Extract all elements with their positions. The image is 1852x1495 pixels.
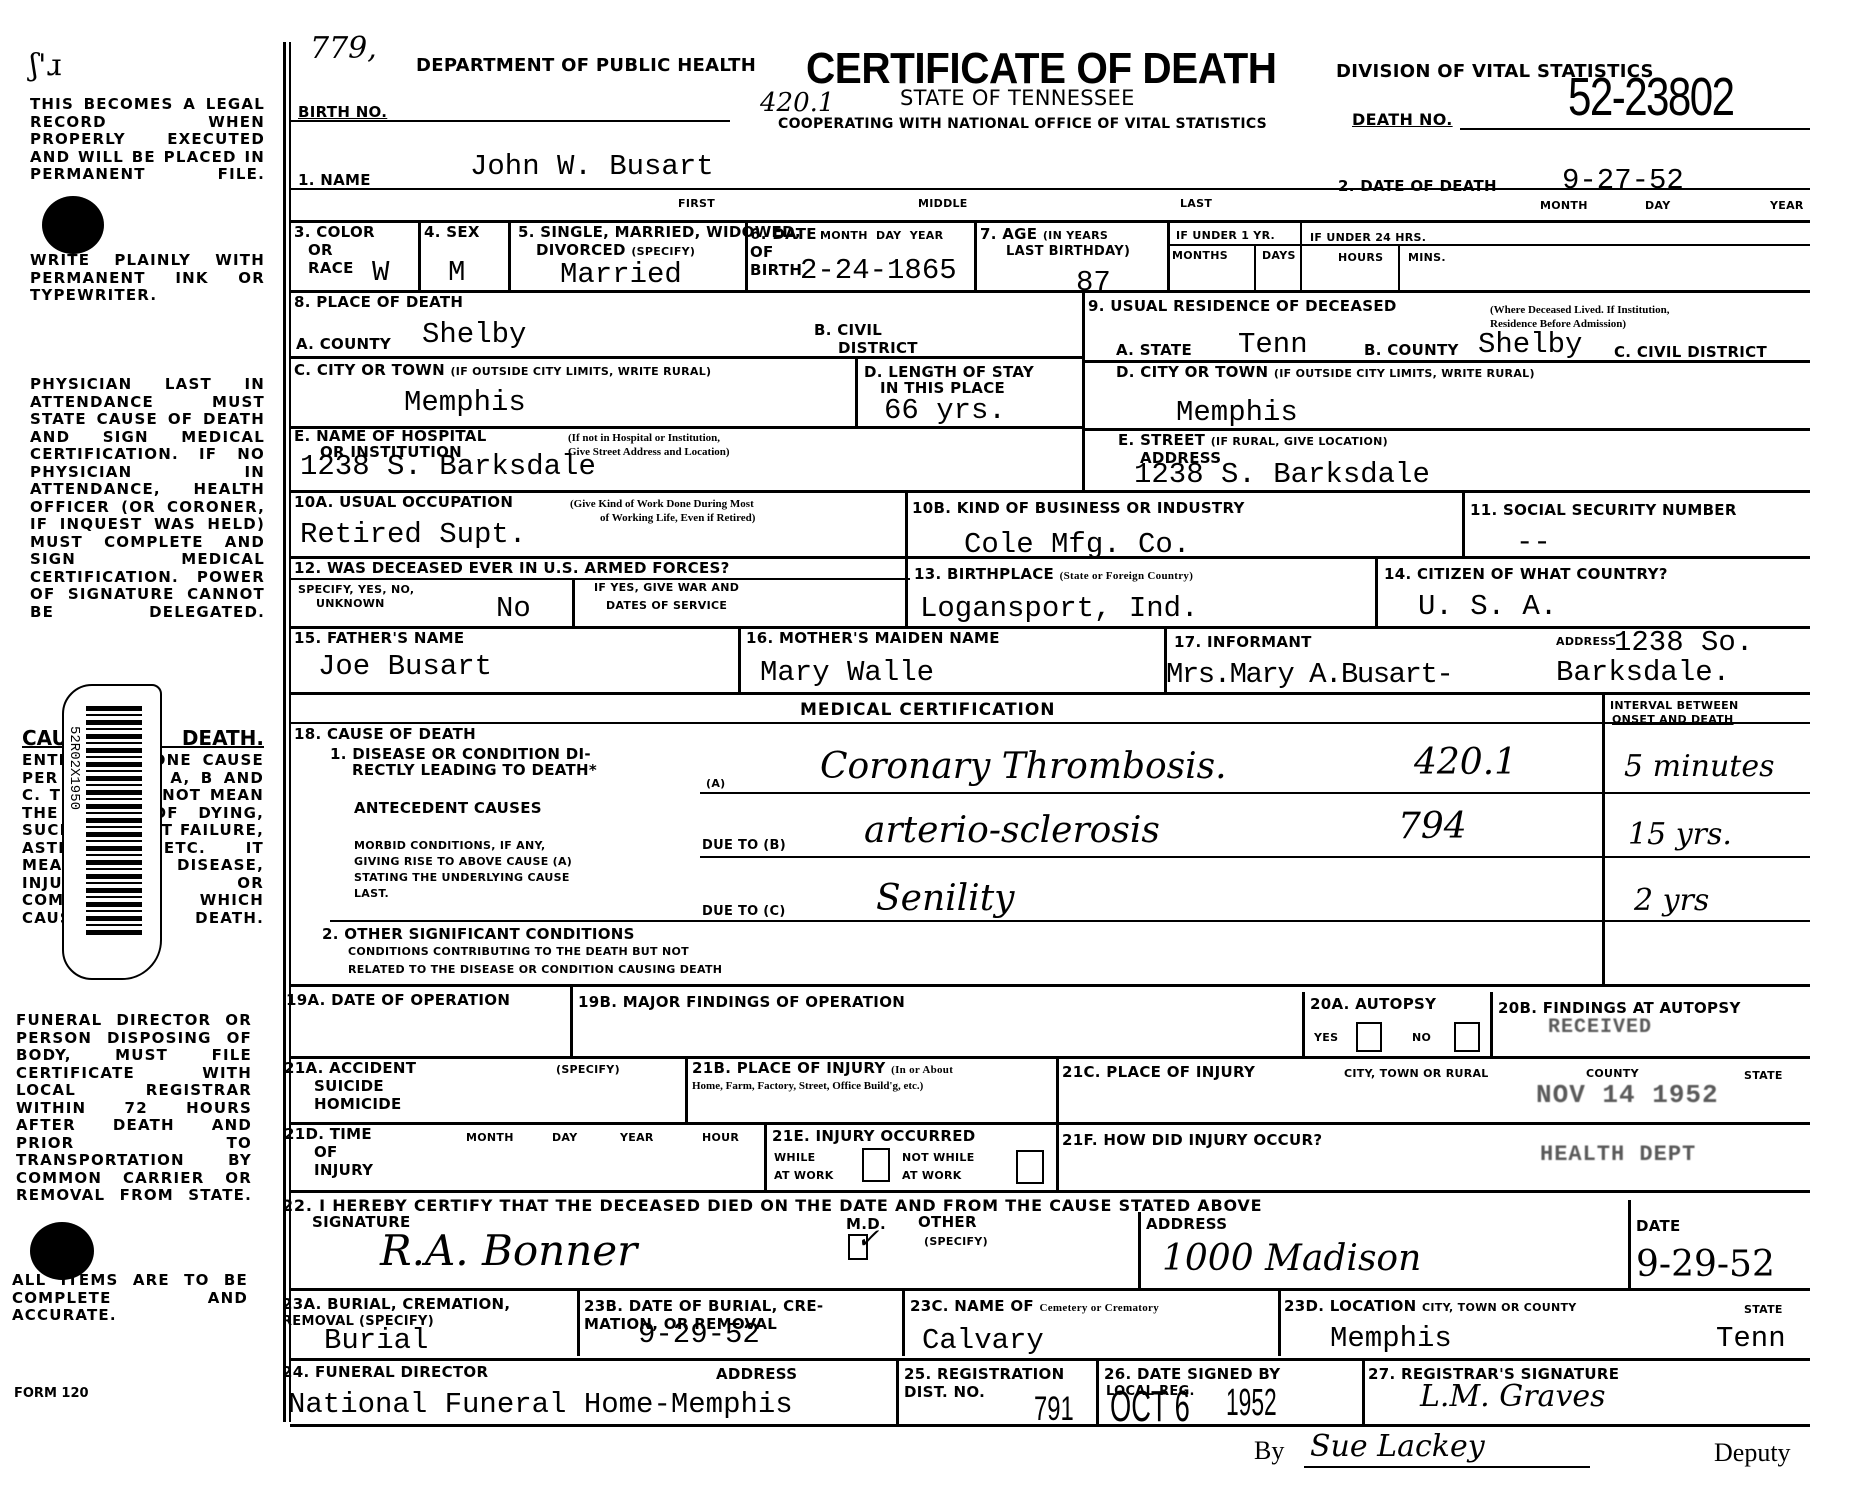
disposition-value: Burial: [324, 1326, 428, 1356]
dob-label-2: OF: [750, 244, 774, 260]
cause-b: arterio-sclerosis: [864, 812, 1160, 850]
war-label-1: IF YES, GIVE WAR AND: [594, 582, 739, 594]
funeral-address-label: ADDRESS: [716, 1366, 797, 1382]
burial-date: 9-29-52: [638, 1320, 760, 1350]
birthplace-label-text: 13. BIRTHPLACE: [914, 565, 1054, 583]
sex-value: M: [448, 258, 465, 288]
certify-statement: 22. I HEREBY CERTIFY THAT THE DECEASED D…: [282, 1198, 1262, 1214]
not-while-at-work-2: AT WORK: [902, 1170, 962, 1182]
residence-city-label: D. CITY OR TOWN (IF OUTSIDE CITY LIMITS,…: [1116, 364, 1535, 380]
not-while-at-work-checkbox[interactable]: [1016, 1150, 1044, 1184]
legal-record-notice: THIS BECOMES A LEGAL RECORD WHEN PROPERL…: [30, 96, 265, 184]
divider: [855, 356, 858, 426]
mins-label: MINS.: [1408, 252, 1446, 264]
injury-location-label: 21C. PLACE OF INJURY: [1062, 1064, 1255, 1080]
form-left-border-inner: [289, 42, 291, 1422]
form-number: FORM 120: [14, 1386, 89, 1401]
autopsy-yes-label: YES: [1314, 1032, 1338, 1044]
hospital-note-1: (If not in Hospital or Institution,: [568, 432, 720, 444]
birthplace-label: 13. BIRTHPLACE (State or Foreign Country…: [914, 566, 1193, 582]
row-15-top: [290, 626, 1810, 629]
injury-time-label-2: OF: [314, 1144, 338, 1160]
death-number: 52-23802: [1568, 66, 1734, 128]
cause-a: Coronary Thrombosis.: [820, 748, 1227, 786]
registration-label-1: 25. REGISTRATION: [904, 1366, 1064, 1382]
date-signed-year: 1952: [1226, 1382, 1277, 1425]
divider: [570, 984, 573, 1056]
place-of-injury-note-2: Home, Farm, Factory, Street, Office Buil…: [692, 1080, 923, 1092]
funeral-director: National Funeral Home-Memphis: [288, 1390, 793, 1420]
divider: [1082, 290, 1085, 490]
place-of-injury-label: 21B. PLACE OF INJURY (In or About: [692, 1060, 953, 1076]
while-at-work-checkbox[interactable]: [862, 1148, 890, 1182]
birthplace-note: (State or Foreign Country): [1060, 570, 1194, 582]
father-label: 15. FATHER'S NAME: [294, 630, 464, 646]
death-county-label: A. COUNTY: [296, 336, 391, 352]
divider: [902, 1288, 905, 1356]
place-of-injury-note-1: (In or About: [891, 1064, 953, 1076]
funeral-director-label: 24. FUNERAL DIRECTOR: [282, 1364, 488, 1380]
row-24-bottom: [290, 1424, 1810, 1427]
row-23-top: [290, 1288, 1810, 1291]
write-plainly-notice: WRITE PLAINLY WITH PERMANENT INK OR TYPE…: [30, 252, 265, 305]
divider: [290, 722, 1810, 724]
barcode-sticker: 52R02X1950: [62, 684, 162, 980]
marital-divorced: DIVORCED: [536, 241, 626, 259]
informant-name: Mrs.Mary A.Busart-: [1166, 660, 1452, 690]
other-conditions-label: 2. OTHER SIGNIFICANT CONDITIONS: [322, 926, 635, 942]
marital-specify: (SPECIFY): [631, 245, 695, 258]
business-label: 10B. KIND OF BUSINESS OR INDUSTRY: [912, 500, 1245, 516]
divider: [572, 578, 575, 626]
divider: [1398, 244, 1400, 290]
deputy-signature-line: [1304, 1466, 1590, 1468]
residence-city-note: (IF OUTSIDE CITY LIMITS, WRITE RURAL): [1274, 367, 1535, 380]
dob-label-1: 6. DATE: [750, 226, 817, 242]
residence-county: Shelby: [1478, 330, 1582, 360]
divider: [508, 220, 511, 290]
morbid-label-1: MORBID CONDITIONS, IF ANY,: [354, 840, 545, 852]
dod-sub-month: MONTH: [1540, 200, 1588, 212]
armed-specify-2: UNKNOWN: [316, 598, 385, 610]
injury-time-label-3: INJURY: [314, 1162, 373, 1178]
place-of-death-label: 8. PLACE OF DEATH: [294, 294, 463, 310]
cause-line-1b: RECTLY LEADING TO DEATH*: [352, 762, 597, 778]
injury-day-label: DAY: [552, 1132, 577, 1144]
age-label-1: 7. AGE (IN YEARS: [980, 226, 1108, 242]
accident-label-2: SUICIDE: [314, 1078, 384, 1094]
interval-label-2: ONSET AND DEATH: [1612, 714, 1734, 726]
department-label: DEPARTMENT OF PUBLIC HEALTH: [416, 58, 756, 74]
cemetery-label: 23C. NAME OF Cemetery or Crematory: [910, 1298, 1159, 1314]
registration-label-2: DIST. NO.: [904, 1384, 985, 1400]
injury-county-label: COUNTY: [1586, 1068, 1639, 1080]
hospital-label-1: E. NAME OF HOSPITAL: [294, 428, 487, 444]
top-mark: ʃ'ɹ: [30, 48, 61, 83]
physician-address: 1000 Madison: [1162, 1240, 1421, 1278]
occupation-note-2: of Working Life, Even if Retired): [600, 512, 755, 524]
cause-c-interval: 2 yrs: [1634, 882, 1709, 920]
color-label-2: OR: [308, 242, 333, 258]
date-of-death-label: 2. DATE OF DEATH: [1338, 178, 1497, 194]
name-sub-last: LAST: [1180, 198, 1212, 210]
health-dept-stamp: HEALTH DEPT: [1540, 1142, 1696, 1167]
cause-c-tag: DUE TO (C): [702, 906, 786, 918]
cemetery-label-text: 23C. NAME OF: [910, 1297, 1034, 1315]
cause-of-death-label: 18. CAUSE OF DEATH: [294, 726, 476, 742]
autopsy-no-checkbox[interactable]: [1454, 1022, 1480, 1052]
received-stamp: RECEIVED: [1548, 1016, 1652, 1039]
operation-date-label: 19A. DATE OF OPERATION: [286, 992, 510, 1008]
divider: [1096, 1358, 1099, 1424]
occupation-label: 10A. USUAL OCCUPATION: [294, 494, 513, 510]
morbid-label-4: LAST.: [354, 888, 389, 900]
ssn-value: --: [1516, 528, 1551, 558]
citizenship-label: 14. CITIZEN OF WHAT COUNTRY?: [1384, 566, 1668, 582]
certify-date-label: DATE: [1636, 1218, 1681, 1234]
divider: [1278, 1288, 1281, 1356]
physician-signature: R.A. Bonner: [380, 1232, 637, 1270]
name-sub-first: FIRST: [678, 198, 715, 210]
birthplace-value: Logansport, Ind.: [920, 594, 1198, 624]
residence-state: Tenn: [1238, 330, 1308, 360]
row-19-top: [290, 984, 1810, 987]
funeral-director-notice: FUNERAL DIRECTOR OR PERSON DISPOSING OF …: [16, 1012, 252, 1205]
residence-city: Memphis: [1176, 398, 1298, 428]
residence-label: 9. USUAL RESIDENCE OF DECEASED: [1088, 298, 1397, 314]
marital-label-2: DIVORCED (SPECIFY): [536, 242, 695, 258]
injury-hour-label: HOUR: [702, 1132, 739, 1144]
length-of-stay-label-1: D. LENGTH OF STAY: [864, 364, 1034, 380]
divider: [1375, 556, 1378, 626]
punch-hole-icon: [42, 196, 104, 254]
disposition-label-1: 23A. BURIAL, CREMATION,: [282, 1296, 510, 1312]
divider: [764, 1122, 767, 1190]
hours-label: HOURS: [1338, 252, 1383, 264]
autopsy-findings-label: 20B. FINDINGS AT AUTOPSY: [1498, 1000, 1741, 1016]
row-21a-top: [290, 1056, 1810, 1059]
divider: [290, 578, 910, 580]
antecedent-label: ANTECEDENT CAUSES: [354, 800, 542, 816]
cause-a-line: [700, 792, 1810, 794]
accident-label-1: 21A. ACCIDENT: [284, 1060, 416, 1076]
date-received-stamp: NOV 14 1952: [1536, 1080, 1719, 1110]
interval-label-1: INTERVAL BETWEEN: [1610, 700, 1738, 712]
not-while-at-work-1: NOT WHILE: [902, 1152, 975, 1164]
row-22-top: [290, 1190, 1810, 1193]
date-of-death: 9-27-52: [1562, 166, 1684, 196]
divider: [974, 220, 977, 290]
medical-certification-heading: MEDICAL CERTIFICATION: [800, 702, 1056, 718]
length-of-stay: 66 yrs.: [884, 396, 1006, 426]
divider: [1628, 1200, 1631, 1288]
residence-county-label: B. COUNTY: [1364, 342, 1459, 358]
place-of-injury-label-text: 21B. PLACE OF INJURY: [692, 1059, 886, 1077]
mother-label: 16. MOTHER'S MAIDEN NAME: [746, 630, 1000, 646]
complete-accurate-notice: ALL ITEMS ARE TO BE COMPLETE AND ACCURAT…: [12, 1272, 248, 1325]
registrar-signature: L.M. Graves: [1420, 1378, 1606, 1416]
barcode-number: 52R02X1950: [62, 726, 82, 810]
residence-street-label-text: E. STREET: [1118, 431, 1205, 449]
while-at-work-1: WHILE: [774, 1152, 815, 1164]
age-note: (IN YEARS: [1043, 229, 1108, 242]
deceased-name: John W. Busart: [470, 152, 714, 182]
armed-forces-label: 12. WAS DECEASED EVER IN U.S. ARMED FORC…: [294, 560, 730, 576]
days-label: DAYS: [1262, 250, 1296, 262]
injury-month-label: MONTH: [466, 1132, 514, 1144]
injury-time-label-1: 21D. TIME: [284, 1126, 372, 1142]
armed-forces-value: No: [496, 594, 531, 624]
cause-c-line: [330, 920, 1810, 922]
burial-location: Memphis: [1330, 1324, 1452, 1354]
informant-address-label: ADDRESS: [1556, 636, 1616, 648]
divider: [685, 1056, 688, 1122]
divider: [1462, 490, 1465, 556]
residence-state-label: A. STATE: [1116, 342, 1192, 358]
cooperating-label: COOPERATING WITH NATIONAL OFFICE OF VITA…: [778, 116, 1267, 132]
death-city: Memphis: [404, 388, 526, 418]
civil-district-label-1: B. CIVIL: [814, 322, 882, 338]
divider: [905, 556, 908, 626]
occupation-value: Retired Supt.: [300, 520, 526, 550]
civil-district-label-2: DISTRICT: [838, 340, 918, 356]
mother-name: Mary Walle: [760, 658, 934, 688]
color-label-3: RACE: [308, 260, 354, 276]
divider: [577, 1288, 580, 1356]
citizenship-value: U. S. A.: [1418, 592, 1557, 622]
cemetery-value: Calvary: [922, 1326, 1044, 1356]
other-conditions-note-1: CONDITIONS CONTRIBUTING TO THE DEATH BUT…: [348, 946, 689, 958]
burial-location-note: CITY, TOWN OR COUNTY: [1422, 1301, 1577, 1314]
cause-c: Senility: [876, 880, 1015, 918]
marital-status: Married: [560, 260, 682, 290]
divider: [1254, 244, 1256, 290]
armed-specify-1: SPECIFY, YES, NO,: [298, 584, 414, 596]
birth-no-label: BIRTH NO.: [298, 104, 387, 120]
barcode-icon: [86, 706, 142, 936]
certify-date: 9-29-52: [1636, 1246, 1775, 1284]
row-21d-top: [290, 1122, 1810, 1125]
death-city-label-text: C. CITY OR TOWN: [294, 361, 445, 379]
occupation-note-1: (Give Kind of Work Done During Most: [570, 498, 754, 510]
divider: [896, 1358, 899, 1424]
physician-address-label: ADDRESS: [1146, 1216, 1227, 1232]
color-label-1: 3. COLOR: [294, 224, 375, 240]
cause-b-line: [700, 856, 1810, 858]
residence-street-note: (IF RURAL, GIVE LOCATION): [1211, 435, 1388, 448]
deputy-label: Deputy: [1714, 1438, 1791, 1468]
physician-notice: PHYSICIAN LAST IN ATTENDANCE MUST STATE …: [30, 376, 265, 621]
death-county: Shelby: [422, 320, 526, 350]
row-24-top: [290, 1358, 1810, 1361]
ssn-label: 11. SOCIAL SECURITY NUMBER: [1470, 502, 1737, 518]
other-label: OTHER: [918, 1214, 977, 1230]
date-signed-label-1: 26. DATE SIGNED BY: [1104, 1366, 1280, 1382]
other-specify: (SPECIFY): [924, 1236, 988, 1248]
dob-cols: MONTH DAY YEAR: [820, 230, 943, 242]
md-checkmark: ✓: [856, 1220, 879, 1258]
autopsy-yes-checkbox[interactable]: [1356, 1022, 1382, 1052]
divider: [905, 490, 908, 556]
deputy-by-label: By: [1254, 1436, 1284, 1466]
divider: [1138, 1212, 1141, 1288]
divider: [290, 356, 1082, 359]
row-8-top: [290, 290, 1810, 293]
autopsy-no-label: NO: [1412, 1032, 1431, 1044]
while-at-work-2: AT WORK: [774, 1170, 834, 1182]
informant-address-2: Barksdale.: [1556, 658, 1730, 688]
age-label-2: LAST BIRTHDAY): [1006, 244, 1130, 260]
under-1yr-label: IF UNDER 1 YR.: [1176, 230, 1275, 242]
residence-street-label: E. STREET (IF RURAL, GIVE LOCATION): [1118, 432, 1388, 448]
residence-street: 1238 S. Barksdale: [1134, 460, 1430, 490]
morbid-label-2: GIVING RISE TO ABOVE CAUSE (A): [354, 856, 572, 868]
age-label: 7. AGE: [980, 225, 1037, 243]
divider: [738, 626, 741, 692]
burial-date-label-1: 23B. DATE OF BURIAL, CRE-: [584, 1298, 823, 1314]
cause-a-interval: 5 minutes: [1624, 748, 1775, 786]
divider: [418, 220, 421, 290]
dob-label-3: BIRTH: [750, 262, 802, 278]
under-24hrs-label: IF UNDER 24 HRS.: [1310, 232, 1426, 244]
divider: [1602, 692, 1605, 984]
death-city-note: (IF OUTSIDE CITY LIMITS, WRITE RURAL): [450, 365, 711, 378]
death-city-label: C. CITY OR TOWN (IF OUTSIDE CITY LIMITS,…: [294, 362, 711, 378]
morbid-label-3: STATING THE UNDERLYING CAUSE: [354, 872, 570, 884]
residence-note-1: (Where Deceased Lived. If Institution,: [1490, 304, 1669, 316]
informant-label: 17. INFORMANT: [1174, 634, 1312, 650]
residence-city-label-text: D. CITY OR TOWN: [1116, 363, 1268, 381]
birth-no-handwritten: 779,: [310, 30, 377, 68]
other-conditions-note-2: RELATED TO THE DISEASE OR CONDITION CAUS…: [348, 964, 722, 976]
residence-civil-label: C. CIVIL DISTRICT: [1614, 344, 1767, 360]
informant-address-1: 1238 So.: [1614, 628, 1753, 658]
autopsy-label: 20A. AUTOPSY: [1310, 996, 1436, 1012]
cause-a-code: 420.1: [1414, 744, 1517, 782]
cemetery-note: Cemetery or Crematory: [1040, 1302, 1160, 1314]
operation-findings-label: 19B. MAJOR FINDINGS OF OPERATION: [578, 994, 905, 1010]
birth-no-line: [290, 120, 730, 122]
divider: [1302, 992, 1305, 1056]
death-no-line: [1460, 128, 1810, 130]
burial-location-label-text: 23D. LOCATION: [1284, 1297, 1417, 1315]
name-label: 1. NAME: [298, 172, 371, 188]
divider: [1167, 244, 1810, 246]
cause-b-tag: DUE TO (B): [702, 840, 786, 852]
father-name: Joe Busart: [318, 652, 492, 682]
burial-state-label: STATE: [1744, 1304, 1783, 1316]
burial-location-label: 23D. LOCATION CITY, TOWN OR COUNTY: [1284, 1298, 1577, 1314]
accident-label-3: HOMICIDE: [314, 1096, 402, 1112]
divider: [1300, 220, 1302, 290]
injury-city-label: CITY, TOWN OR RURAL: [1344, 1068, 1489, 1080]
divider: [1362, 1358, 1365, 1424]
accident-specify: (SPECIFY): [556, 1064, 620, 1076]
deputy-signature: Sue Lackey: [1310, 1428, 1485, 1466]
injury-occurred-label: 21E. INJURY OCCURRED: [772, 1128, 976, 1144]
form-left-border: [283, 42, 286, 1422]
color-value: W: [372, 258, 389, 288]
injury-year-label: YEAR: [620, 1132, 654, 1144]
divider: [745, 220, 748, 290]
sex-label: 4. SEX: [424, 224, 480, 240]
death-no-label: DEATH NO.: [1352, 112, 1453, 128]
cause-b-interval: 15 yrs.: [1628, 816, 1732, 854]
months-label: MONTHS: [1172, 250, 1228, 262]
how-injury-label: 21F. HOW DID INJURY OCCUR?: [1062, 1132, 1322, 1148]
date-of-birth: 2-24-1865: [800, 256, 957, 286]
divider: [1167, 220, 1170, 290]
burial-state: Tenn: [1716, 1324, 1786, 1354]
cause-line-1a: 1. DISEASE OR CONDITION DI-: [330, 746, 591, 762]
row-10-top: [290, 490, 1810, 493]
dod-sub-day: DAY: [1645, 200, 1670, 212]
medical-top: [290, 692, 1810, 695]
cause-a-tag: (A): [706, 778, 725, 790]
war-label-2: DATES OF SERVICE: [606, 600, 727, 612]
cause-b-code: 794: [1398, 808, 1467, 846]
injury-state-label: STATE: [1744, 1070, 1783, 1082]
dod-sub-year: YEAR: [1770, 200, 1804, 212]
state-label: STATE OF TENNESSEE: [900, 90, 1135, 106]
hospital-value: 1238 S. Barksdale: [300, 452, 596, 482]
name-sub-middle: MIDDLE: [918, 198, 968, 210]
divider: [1490, 992, 1493, 1056]
